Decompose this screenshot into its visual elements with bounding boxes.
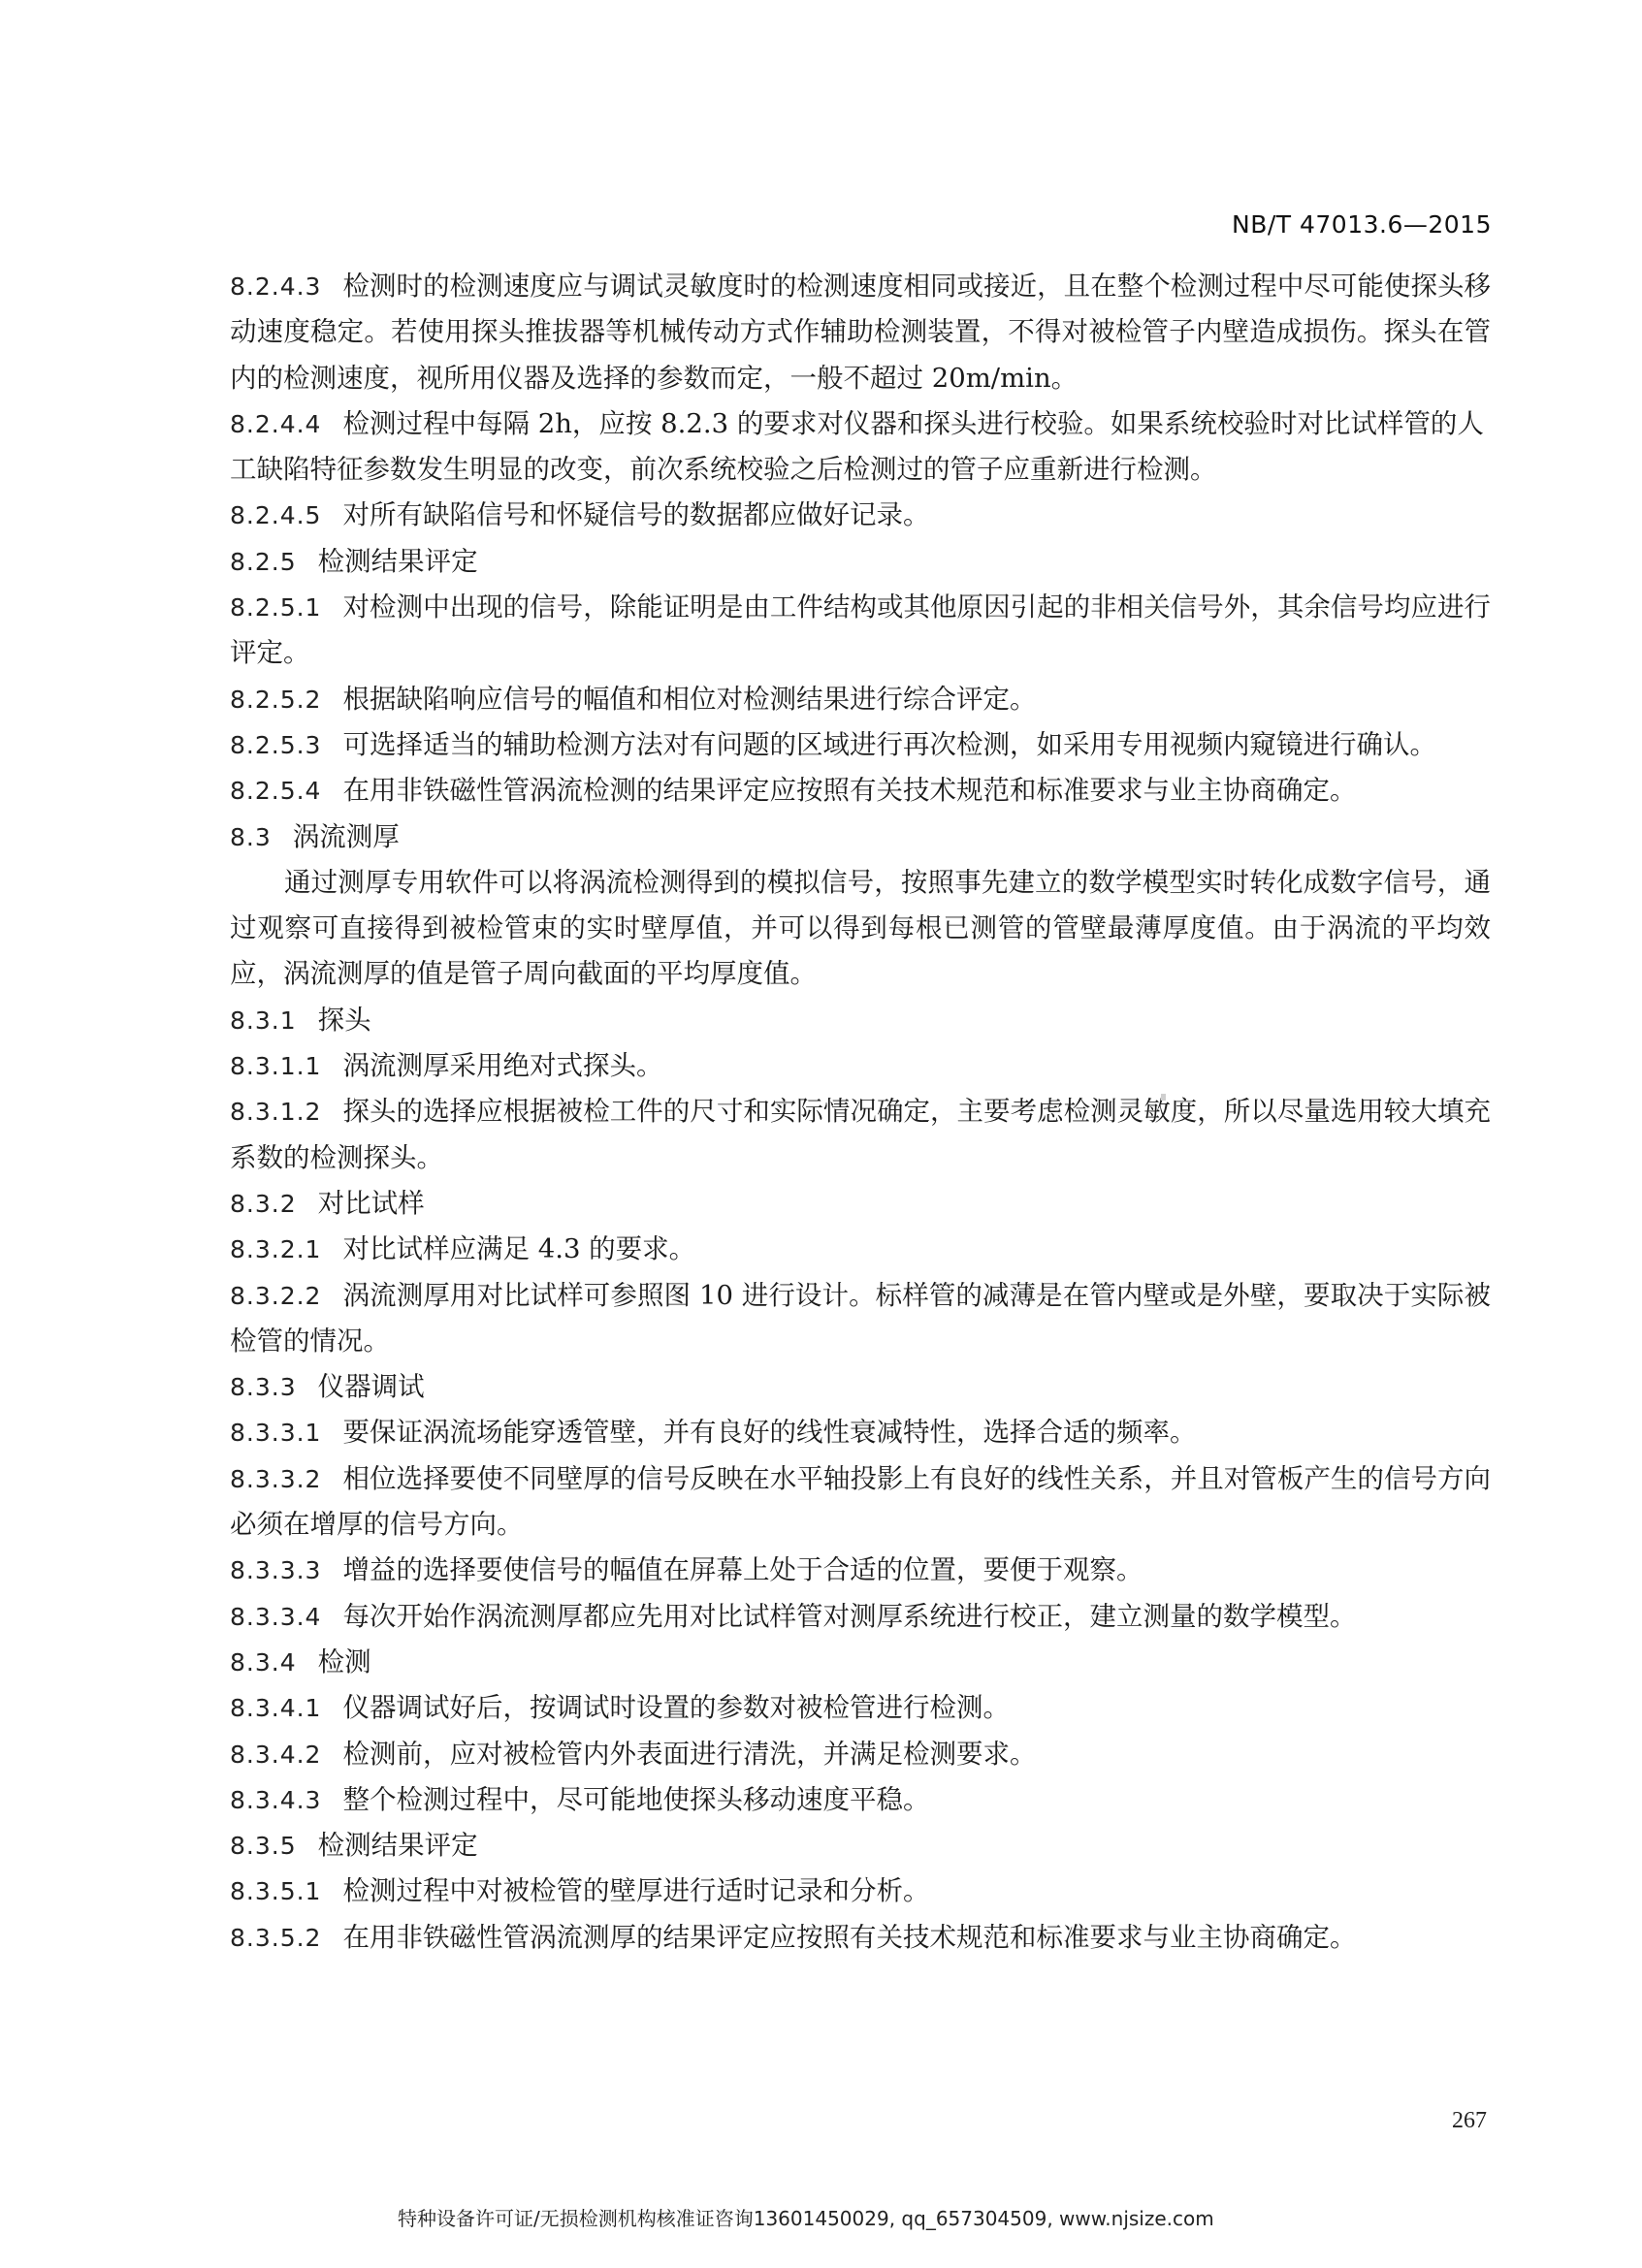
section-number: 8.3.2 [230,1190,297,1218]
clause-number: 8.3.3.3 [230,1556,321,1584]
clause-text: 根据缺陷响应信号的幅值和相位对检测结果进行综合评定。 [342,684,1036,715]
clause-number: 8.3.3.1 [230,1419,321,1447]
standard-id-header: NB/T 47013.6—2015 [1232,210,1492,239]
clause-8-2-5-2: 8.2.5.2根据缺陷响应信号的幅值和相位对检测结果进行综合评定。 [230,677,1491,722]
clause-text: 每次开始作涡流测厚都应先用对比试样管对测厚系统进行校正，建立测量的数学模型。 [342,1601,1356,1632]
section-title: 仪器调试 [318,1371,425,1402]
clause-number: 8.3.1.1 [230,1052,321,1080]
clause-8-3-1-1: 8.3.1.1涡流测厚采用绝对式探头。 [230,1043,1491,1089]
section-number: 8.3.1 [230,1006,297,1035]
section-heading-8-3-1: 8.3.1探头 [230,998,1491,1043]
clause-8-3-4-1: 8.3.4.1仪器调试好后，按调试时设置的参数对被检管进行检测。 [230,1685,1491,1731]
clause-text: 整个检测过程中，尽可能地使探头移动速度平稳。 [342,1784,929,1815]
clause-text: 检测过程中对被检管的壁厚进行适时记录和分析。 [342,1875,929,1906]
clause-number: 8.3.4.2 [230,1741,321,1769]
clause-text: 检测过程中每隔 2h，应按 8.2.3 的要求对仪器和探头进行校验。如果系统校验… [230,408,1484,485]
clause-text: 可选择适当的辅助检测方法对有问题的区域进行再次检测，如采用专用视频内窥镜进行确认… [342,729,1436,760]
clause-8-3-5-2: 8.3.5.2在用非铁磁性管涡流测厚的结果评定应按照有关技术规范和标准要求与业主… [230,1915,1491,1961]
section-number: 8.3.4 [230,1648,297,1677]
clause-number: 8.3.2.2 [230,1282,321,1310]
section-heading-8-3-2: 8.3.2对比试样 [230,1181,1491,1227]
section-heading-8-3: 8.3涡流测厚 [230,815,1491,860]
clause-8-3-5-1: 8.3.5.1检测过程中对被检管的壁厚进行适时记录和分析。 [230,1869,1491,1914]
clause-8-3-3-4: 8.3.3.4每次开始作涡流测厚都应先用对比试样管对测厚系统进行校正，建立测量的… [230,1594,1491,1640]
clause-8-3-1-2: 8.3.1.2探头的选择应根据被检工件的尺寸和实际情况确定，主要考虑检测灵敏度，… [230,1089,1491,1181]
clause-8-3-4-3: 8.3.4.3整个检测过程中，尽可能地使探头移动速度平稳。 [230,1777,1491,1823]
clause-8-3-2-2: 8.3.2.2涡流测厚用对比试样可参照图 10 进行设计。标样管的减薄是在管内壁… [230,1273,1491,1365]
clause-8-3-2-1: 8.3.2.1对比试样应满足 4.3 的要求。 [230,1227,1491,1272]
section-number: 8.3 [230,823,272,851]
clause-number: 8.3.5.2 [230,1924,321,1952]
clause-text: 仪器调试好后，按调试时设置的参数对被检管进行检测。 [342,1692,1010,1723]
clause-text: 增益的选择要使信号的幅值在屏幕上处于合适的位置，要便于观察。 [342,1554,1143,1585]
clause-8-2-4-3: 8.2.4.3检测时的检测速度应与调试灵敏度时的检测速度相同或接近，且在整个检测… [230,264,1491,401]
clause-text: 涡流测厚采用绝对式探头。 [342,1050,662,1081]
section-number: 8.2.5 [230,548,297,576]
paragraph-text: 通过测厚专用软件可以将涡流检测得到的模拟信号，按照事先建立的数学模型实时转化成数… [230,867,1491,990]
clause-text: 探头的选择应根据被检工件的尺寸和实际情况确定，主要考虑检测灵敏度，所以尽量选用较… [230,1096,1491,1172]
clause-number: 8.3.4.3 [230,1786,321,1814]
clause-text: 要保证涡流场能穿透管壁，并有良好的线性衰减特性，选择合适的频率。 [342,1417,1196,1448]
section-title: 检测结果评定 [318,1830,478,1861]
section-title: 检测结果评定 [318,546,478,577]
scan-artifact [1161,1094,1166,1101]
clause-number: 8.2.4.5 [230,501,321,529]
section-title: 涡流测厚 [293,821,400,852]
section-heading-8-2-5: 8.2.5检测结果评定 [230,539,1491,585]
clause-number: 8.2.5.4 [230,777,321,805]
clause-number: 8.3.3.4 [230,1603,321,1631]
clause-number: 8.3.2.1 [230,1235,321,1263]
section-heading-8-3-5: 8.3.5检测结果评定 [230,1823,1491,1869]
clause-number: 8.2.5.3 [230,731,321,759]
clause-number: 8.2.5.2 [230,686,321,714]
intro-paragraph-8-3: 通过测厚专用软件可以将涡流检测得到的模拟信号，按照事先建立的数学模型实时转化成数… [230,860,1491,998]
section-heading-8-3-3: 8.3.3仪器调试 [230,1364,1491,1410]
section-heading-8-3-4: 8.3.4检测 [230,1640,1491,1685]
clause-number: 8.2.4.4 [230,410,321,438]
clause-8-2-5-1: 8.2.5.1对检测中出现的信号，除能证明是由工件结构或其他原因引起的非相关信号… [230,585,1491,677]
clause-8-3-3-3: 8.3.3.3增益的选择要使信号的幅值在屏幕上处于合适的位置，要便于观察。 [230,1548,1491,1593]
clause-8-2-4-5: 8.2.4.5对所有缺陷信号和怀疑信号的数据都应做好记录。 [230,493,1491,538]
clause-8-2-5-3: 8.2.5.3可选择适当的辅助检测方法对有问题的区域进行再次检测，如采用专用视频… [230,722,1491,768]
clause-text: 对检测中出现的信号，除能证明是由工件结构或其他原因引起的非相关信号外，其余信号均… [230,591,1491,668]
section-title: 探头 [318,1005,371,1036]
section-number: 8.3.5 [230,1832,297,1860]
clause-number: 8.2.4.3 [230,272,321,301]
clause-8-3-3-2: 8.3.3.2相位选择要使不同壁厚的信号反映在水平轴投影上有良好的线性关系，并且… [230,1456,1491,1549]
clause-number: 8.3.1.2 [230,1098,321,1126]
clause-8-2-5-4: 8.2.5.4在用非铁磁性管涡流检测的结果评定应按照有关技术规范和标准要求与业主… [230,768,1491,814]
clause-text: 在用非铁磁性管涡流检测的结果评定应按照有关技术规范和标准要求与业主协商确定。 [342,775,1356,806]
clause-text: 相位选择要使不同壁厚的信号反映在水平轴投影上有良好的线性关系，并且对管板产生的信… [230,1463,1491,1540]
section-number: 8.3.3 [230,1373,297,1401]
clause-number: 8.3.3.2 [230,1465,321,1493]
section-title: 对比试样 [318,1188,425,1219]
clause-text: 对所有缺陷信号和怀疑信号的数据都应做好记录。 [342,499,929,530]
clause-text: 涡流测厚用对比试样可参照图 10 进行设计。标样管的减薄是在管内壁或是外壁，要取… [230,1280,1491,1357]
clause-text: 对比试样应满足 4.3 的要求。 [342,1233,695,1264]
clause-text: 在用非铁磁性管涡流测厚的结果评定应按照有关技术规范和标准要求与业主协商确定。 [342,1922,1356,1953]
clause-number: 8.3.5.1 [230,1877,321,1905]
document-body: 8.2.4.3检测时的检测速度应与调试灵敏度时的检测速度相同或接近，且在整个检测… [230,264,1491,1961]
section-title: 检测 [318,1646,371,1677]
clause-number: 8.3.4.1 [230,1694,321,1722]
clause-8-2-4-4: 8.2.4.4检测过程中每隔 2h，应按 8.2.3 的要求对仪器和探头进行校验… [230,401,1491,494]
page-number: 267 [1452,2108,1487,2134]
clause-8-3-3-1: 8.3.3.1要保证涡流场能穿透管壁，并有良好的线性衰减特性，选择合适的频率。 [230,1410,1491,1455]
footer-watermark: 特种设备许可证/无损检测机构核准证咨询13601450029, qq_65730… [398,2203,1214,2231]
clause-number: 8.2.5.1 [230,593,321,622]
clause-text: 检测时的检测速度应与调试灵敏度时的检测速度相同或接近，且在整个检测过程中尽可能使… [230,271,1491,394]
clause-8-3-4-2: 8.3.4.2检测前，应对被检管内外表面进行清洗，并满足检测要求。 [230,1732,1491,1777]
clause-text: 检测前，应对被检管内外表面进行清洗，并满足检测要求。 [342,1739,1036,1770]
